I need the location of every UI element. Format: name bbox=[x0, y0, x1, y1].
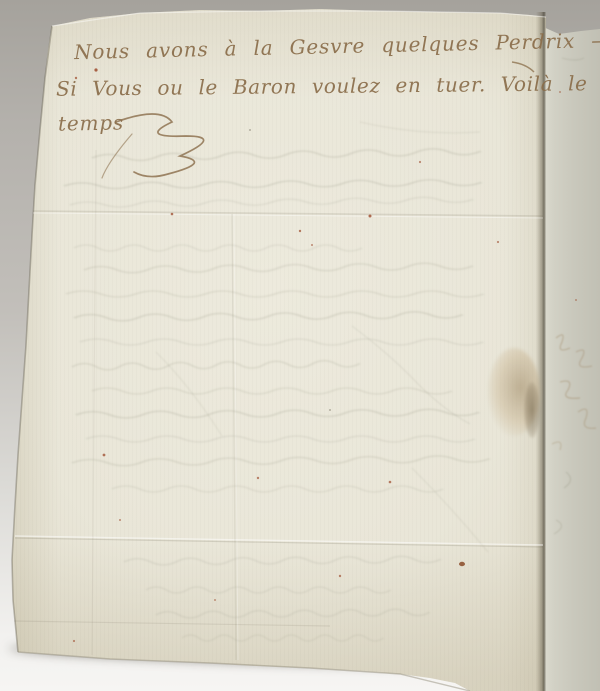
page-detail-overlay bbox=[0, 0, 600, 691]
fold-creases bbox=[14, 150, 543, 660]
foxing-spots bbox=[73, 68, 577, 642]
bleedthrough-writing bbox=[64, 122, 490, 641]
ink-dash-hook bbox=[512, 62, 534, 72]
manuscript-photo: Nous avons à la Gesvre quelques Perdrix … bbox=[0, 0, 600, 691]
handwriting-line-3: temps bbox=[58, 110, 124, 135]
adjacent-page-writing bbox=[552, 58, 596, 534]
